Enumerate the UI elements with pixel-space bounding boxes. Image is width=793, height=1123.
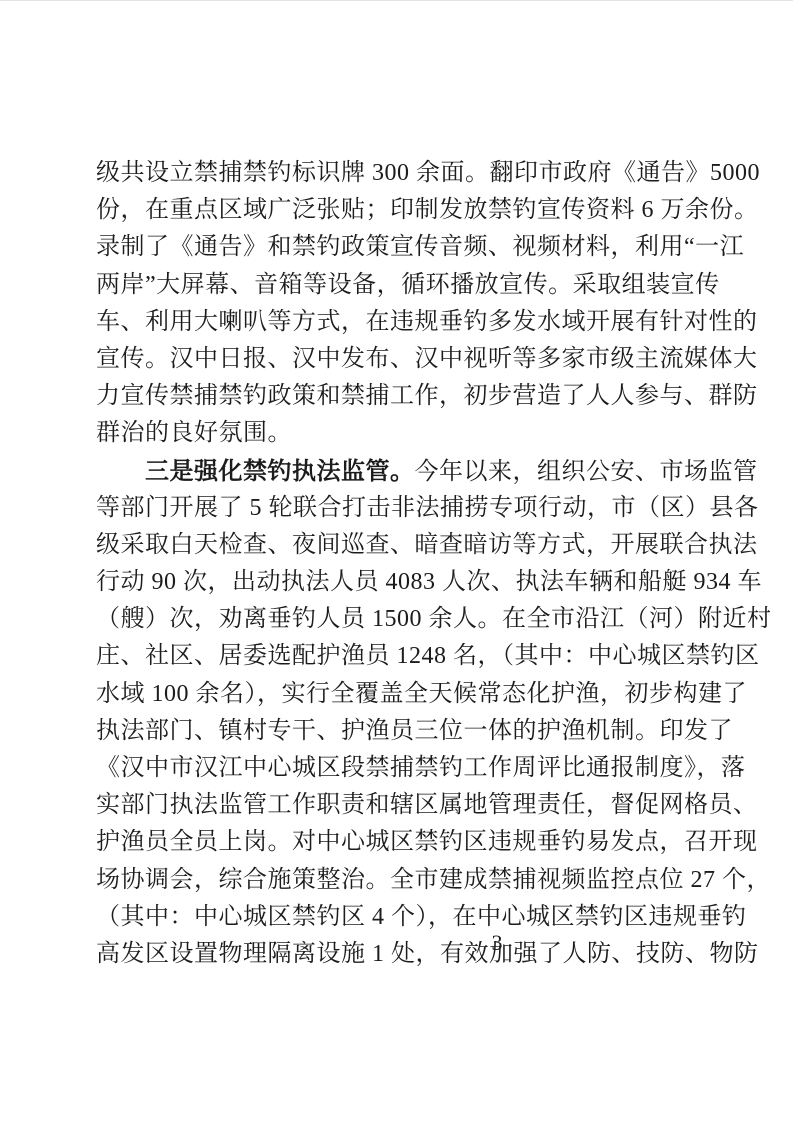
text-line: （其中：中心城区禁钓区 4 个），在中心城区禁钓区违规垂钓 <box>96 899 703 936</box>
text-line: 录制了《通告》和禁钓政策宣传音频、视频材料，利用“一江 <box>96 229 703 266</box>
text-line: 实部门执法监管工作职责和辖区属地管理责任，督促网格员、 <box>96 787 703 824</box>
text-line: 水域 100 余名），实行全覆盖全天候常态化护渔，初步构建了 <box>96 676 703 713</box>
text-line: 群治的良好氛围。 <box>96 415 703 452</box>
text-line: 执法部门、镇村专干、护渔员三位一体的护渔机制。印发了 <box>96 713 703 750</box>
text-line: （艘）次，劝离垂钓人员 1500 余人。在全市沿江（河）附近村 <box>96 601 703 638</box>
text-line: 车、利用大喇叭等方式，在违规垂钓多发水域开展有针对性的 <box>96 304 703 341</box>
text-line: 等部门开展了 5 轮联合打击非法捕捞专项行动，市（区）县各 <box>96 490 703 527</box>
heading-line-rest: 今年以来，组织公安、市场监管 <box>415 459 758 485</box>
text-line: 宣传。汉中日报、汉中发布、汉中视听等多家市级主流媒体大 <box>96 341 703 378</box>
text-line: 两岸”大屏幕、音箱等设备，循环播放宣传。采取组装宣传 <box>96 267 703 304</box>
text-line: 庄、社区、居委选配护渔员 1248 名，（其中：中心城区禁钓区 <box>96 638 703 675</box>
body-text: 级共设立禁捕禁钓标识牌 300 余面。翻印市政府《通告》5000 份，在重点区域… <box>96 155 703 973</box>
section-heading: 三是强化禁钓执法监管。 <box>145 458 415 485</box>
text-line: 级共设立禁捕禁钓标识牌 300 余面。翻印市政府《通告》5000 <box>96 155 703 192</box>
text-line: 行动 90 次，出动执法人员 4083 人次、执法车辆和船艇 934 车 <box>96 564 703 601</box>
text-line: 份，在重点区域广泛张贴；印制发放禁钓宣传资料 6 万余份。 <box>96 192 703 229</box>
text-line: 护渔员全员上岗。对中心城区禁钓区违规垂钓易发点，召开现 <box>96 824 703 861</box>
text-line: 高发区设置物理隔离设施 1 处，有效加强了人防、技防、物防 <box>96 936 703 973</box>
text-line: 场协调会，综合施策整治。全市建成禁捕视频监控点位 27 个， <box>96 862 703 899</box>
paragraph-enforcement: 三是强化禁钓执法监管。今年以来，组织公安、市场监管 等部门开展了 5 轮联合打击… <box>96 453 703 974</box>
text-line: 级采取白天检查、夜间巡查、暗查暗访等方式，开展联合执法 <box>96 527 703 564</box>
paragraph-publicity: 级共设立禁捕禁钓标识牌 300 余面。翻印市政府《通告》5000 份，在重点区域… <box>96 155 703 453</box>
text-line: 三是强化禁钓执法监管。今年以来，组织公安、市场监管 <box>96 453 703 490</box>
page-number: 3 <box>487 930 507 956</box>
text-line: 《汉中市汉江中心城区段禁捕禁钓工作周评比通报制度》，落 <box>96 750 703 787</box>
text-line: 力宣传禁捕禁钓政策和禁捕工作，初步营造了人人参与、群防 <box>96 378 703 415</box>
document-page: 级共设立禁捕禁钓标识牌 300 余面。翻印市政府《通告》5000 份，在重点区域… <box>0 0 793 1123</box>
